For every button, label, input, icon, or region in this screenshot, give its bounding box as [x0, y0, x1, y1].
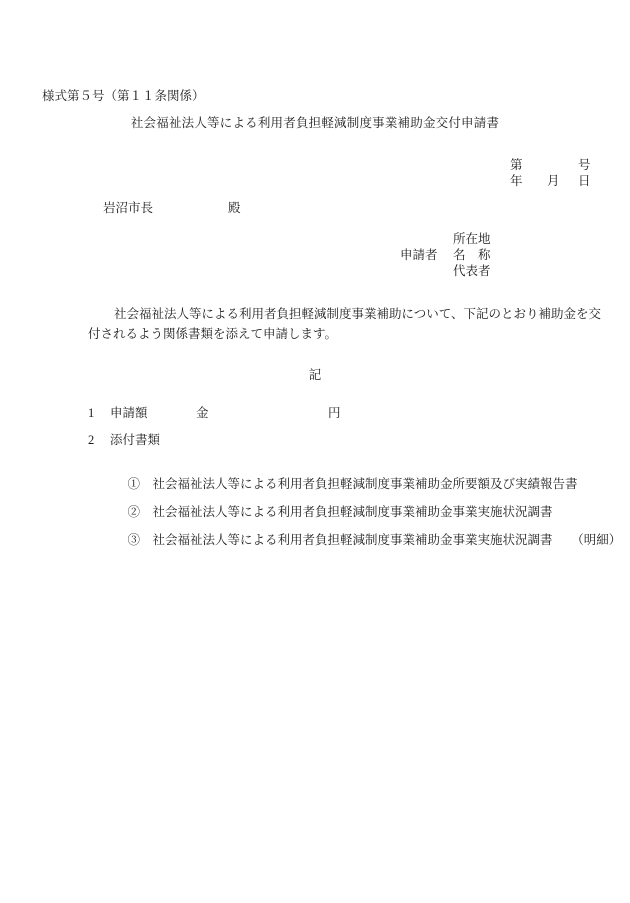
attachment-item-gap	[140, 533, 153, 547]
application-amount-currency-prefix: 金	[196, 405, 209, 421]
date-day-label: 日	[578, 173, 591, 189]
applicant-location-label: 所在地	[453, 231, 491, 247]
application-amount-currency-suffix: 円	[328, 405, 341, 421]
body-paragraph-line1: 社会福祉法人等による利用者負担軽減制度事業補助について、下記のとおり補助金を交	[114, 306, 601, 322]
application-amount-number: 1	[88, 405, 94, 421]
attached-documents-number: 2	[88, 432, 94, 448]
section-marker: 記	[0, 367, 630, 383]
attached-documents-label: 添付書類	[110, 432, 160, 448]
document-title: 社会福祉法人等による利用者負担軽減制度事業補助金交付申請書	[0, 115, 630, 131]
applicant-representative-label: 代表者	[453, 263, 491, 279]
doc-number-prefix: 第	[510, 157, 523, 173]
addressee-honorific: 殿	[228, 200, 241, 216]
application-amount-label: 申請額	[110, 405, 148, 421]
addressee-name: 岩沼市長	[103, 200, 153, 216]
date-month-label: 月	[547, 173, 560, 189]
applicant-name-label: 名 称	[453, 247, 491, 263]
document-page: 様式第５号（第１１条関係） 社会福祉法人等による利用者負担軽減制度事業補助金交付…	[0, 0, 630, 903]
applicant-label: 申請者	[400, 247, 438, 263]
attachment-item-text: 社会福祉法人等による利用者負担軽減制度事業補助金事業実施状況調書 （明細）	[153, 533, 622, 547]
attachment-list-item: ③ 社会福祉法人等による利用者負担軽減制度事業補助金事業実施状況調書 （明細）	[115, 516, 621, 564]
doc-number-suffix: 号	[578, 157, 591, 173]
body-paragraph-line2: 付されるよう関係書類を添えて申請します。	[88, 326, 337, 342]
form-number-label: 様式第５号（第１１条関係）	[42, 88, 205, 104]
attachment-item-number: ③	[128, 533, 141, 547]
date-year-label: 年	[510, 173, 523, 189]
